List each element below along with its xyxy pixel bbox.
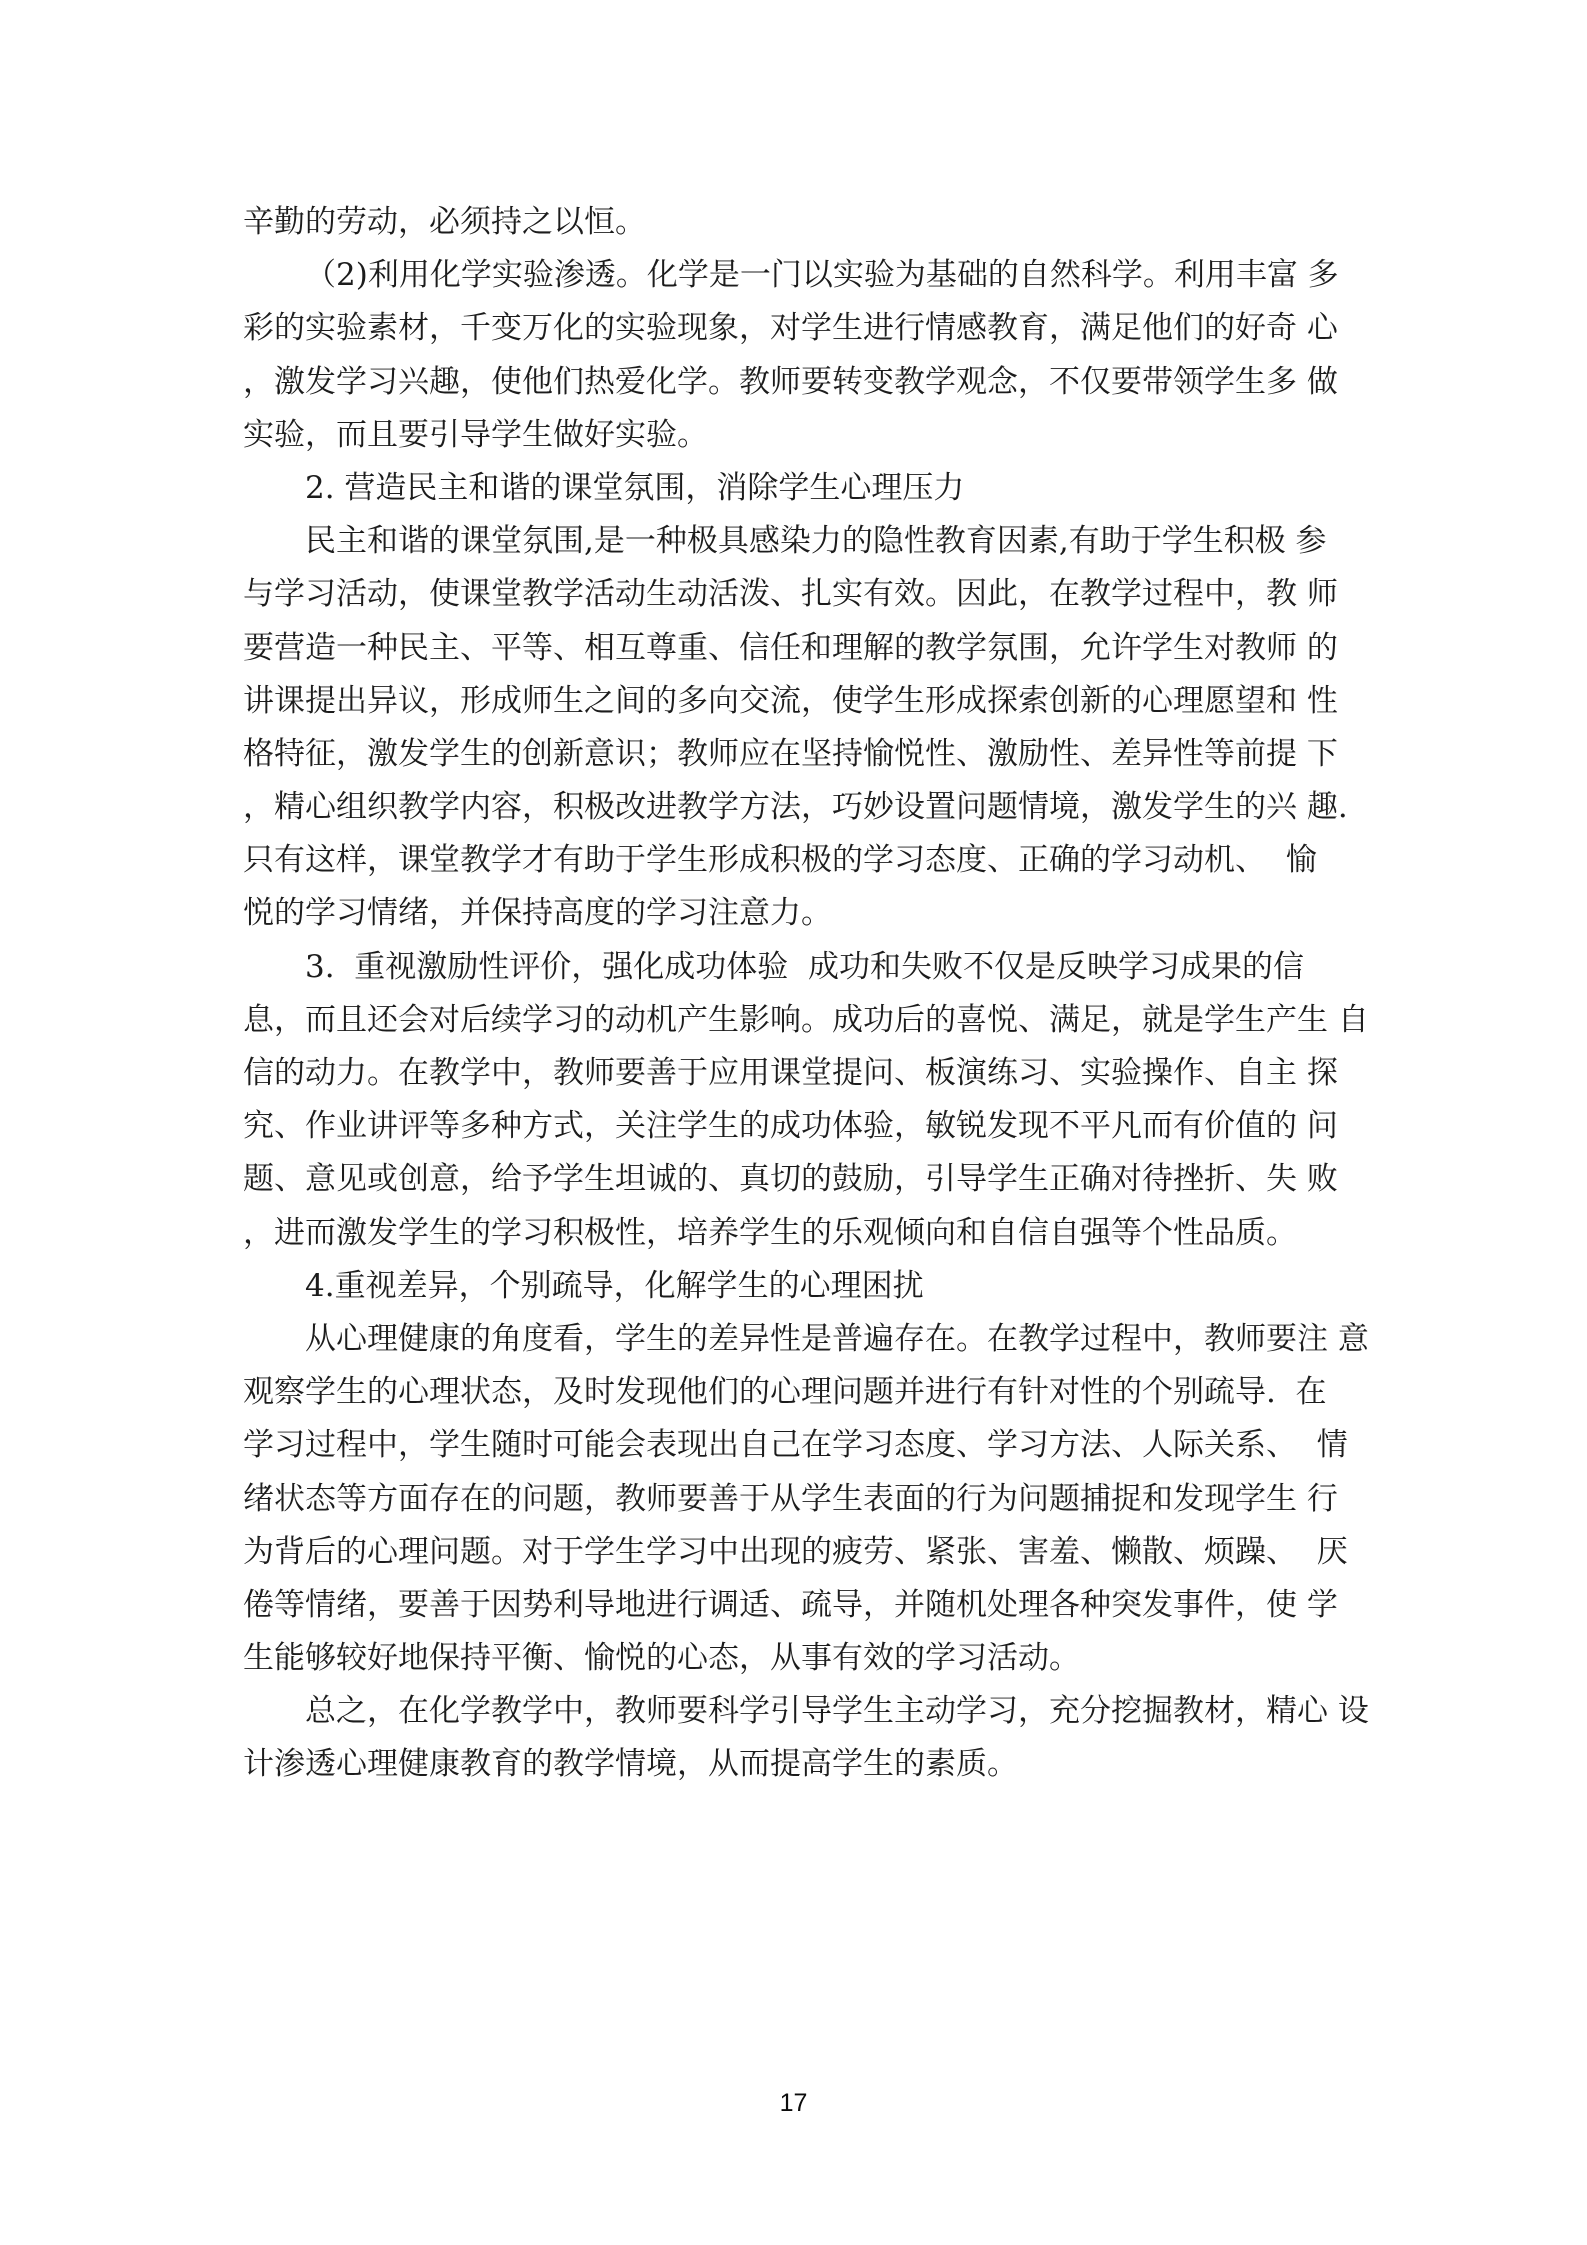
text-line: 格特征，激发学生的创新意识；教师应在坚持愉悦性、激励性、差异性等前提 下 <box>243 728 1373 781</box>
paragraph: （2)利用化学实验渗透。化学是一门以实验为基础的自然科学。利用丰富 多彩的实验素… <box>243 249 1373 462</box>
page-number: 17 <box>0 2088 1587 2118</box>
text-line: 观察学生的心理状态，及时发现他们的心理问题并进行有针对性的个别疏导. 在 <box>243 1366 1373 1419</box>
paragraph: 从心理健康的角度看，学生的差异性是普遍存在。在教学过程中，教师要注 意观察学生的… <box>243 1313 1373 1685</box>
text-line: 生能够较好地保持平衡、愉悦的心态，从事有效的学习活动。 <box>243 1632 1373 1685</box>
text-line: 题、意见或创意，给予学生坦诚的、真切的鼓励，引导学生正确对待挫折、失 败 <box>243 1153 1373 1206</box>
text-line: （2)利用化学实验渗透。化学是一门以实验为基础的自然科学。利用丰富 多 <box>243 249 1373 302</box>
text-line: 4.重视差异，个别疏导，化解学生的心理困扰 <box>243 1260 1373 1313</box>
text-line: 彩的实验素材，千变万化的实验现象，对学生进行情感教育，满足他们的好奇 心 <box>243 302 1373 355</box>
document-body: 辛勤的劳动，必须持之以恒。（2)利用化学实验渗透。化学是一门以实验为基础的自然科… <box>243 196 1373 1792</box>
text-line: 民主和谐的课堂氛围,是一种极具感染力的隐性教育因素,有助于学生积极 参 <box>243 515 1373 568</box>
text-line: 为背后的心理问题。对于学生学习中出现的疲劳、紧张、害羞、懒散、烦躁、 厌 <box>243 1526 1373 1579</box>
text-line: 讲课提出异议，形成师生之间的多向交流，使学生形成探索创新的心理愿望和 性 <box>243 675 1373 728</box>
paragraph: 民主和谐的课堂氛围,是一种极具感染力的隐性教育因素,有助于学生积极 参与学习活动… <box>243 515 1373 941</box>
text-line: ，激发学习兴趣，使他们热爱化学。教师要转变教学观念，不仅要带领学生多 做 <box>243 356 1373 409</box>
text-line: ，进而激发学生的学习积极性，培养学生的乐观倾向和自信自强等个性品质。 <box>243 1207 1373 1260</box>
text-line: 究、作业讲评等多种方式，关注学生的成功体验，敏锐发现不平凡而有价值的 问 <box>243 1100 1373 1153</box>
text-line: 从心理健康的角度看，学生的差异性是普遍存在。在教学过程中，教师要注 意 <box>243 1313 1373 1366</box>
text-line: 只有这样，课堂教学才有助于学生形成积极的学习态度、正确的学习动机、 愉 <box>243 834 1373 887</box>
paragraph: 辛勤的劳动，必须持之以恒。 <box>243 196 1373 249</box>
text-line: ，精心组织教学内容，积极改进教学方法，巧妙设置问题情境，激发学生的兴 趣. <box>243 781 1373 834</box>
page: 辛勤的劳动，必须持之以恒。（2)利用化学实验渗透。化学是一门以实验为基础的自然科… <box>0 0 1587 2245</box>
paragraph: 3. 重视激励性评价，强化成功体验 成功和失败不仅是反映学习成果的信息，而且还会… <box>243 941 1373 1260</box>
text-line: 2. 营造民主和谐的课堂氛围，消除学生心理压力 <box>243 462 1373 515</box>
text-line: 悦的学习情绪，并保持高度的学习注意力。 <box>243 887 1373 940</box>
text-line: 要营造一种民主、平等、相互尊重、信任和理解的教学氛围，允许学生对教师 的 <box>243 622 1373 675</box>
text-line: 辛勤的劳动，必须持之以恒。 <box>243 196 1373 249</box>
text-line: 学习过程中，学生随时可能会表现出自己在学习态度、学习方法、人际关系、 情 <box>243 1419 1373 1472</box>
paragraph: 2. 营造民主和谐的课堂氛围，消除学生心理压力 <box>243 462 1373 515</box>
text-line: 绪状态等方面存在的问题，教师要善于从学生表面的行为问题捕捉和发现学生 行 <box>243 1473 1373 1526</box>
paragraph: 4.重视差异，个别疏导，化解学生的心理困扰 <box>243 1260 1373 1313</box>
text-line: 息，而且还会对后续学习的动机产生影响。成功后的喜悦、满足，就是学生产生 自 <box>243 994 1373 1047</box>
text-line: 总之，在化学教学中，教师要科学引导学生主动学习，充分挖掘教材，精心 设 <box>243 1685 1373 1738</box>
text-line: 倦等情绪，要善于因势利导地进行调适、疏导，并随机处理各种突发事件，使 学 <box>243 1579 1373 1632</box>
text-line: 实验，而且要引导学生做好实验。 <box>243 409 1373 462</box>
text-line: 与学习活动，使课堂教学活动生动活泼、扎实有效。因此，在教学过程中，教 师 <box>243 568 1373 621</box>
paragraph: 总之，在化学教学中，教师要科学引导学生主动学习，充分挖掘教材，精心 设计渗透心理… <box>243 1685 1373 1791</box>
text-line: 3. 重视激励性评价，强化成功体验 成功和失败不仅是反映学习成果的信 <box>243 941 1373 994</box>
text-line: 信的动力。在教学中，教师要善于应用课堂提问、板演练习、实验操作、自主 探 <box>243 1047 1373 1100</box>
text-line: 计渗透心理健康教育的教学情境，从而提高学生的素质。 <box>243 1738 1373 1791</box>
